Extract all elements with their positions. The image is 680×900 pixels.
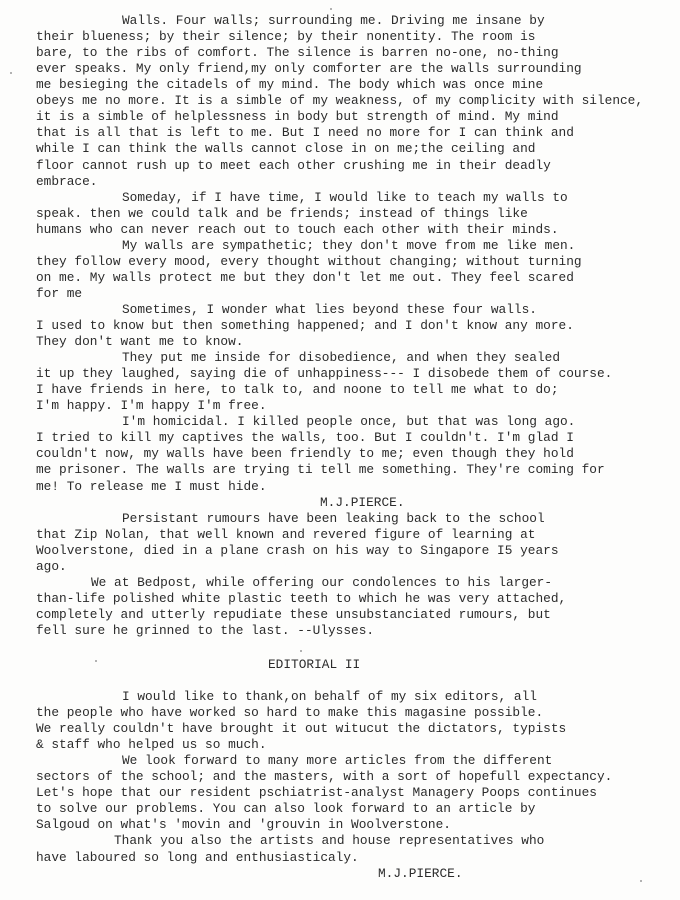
text-line: it up they laughed, saying die of unhapp… bbox=[36, 366, 612, 382]
text-line: embrace. bbox=[36, 174, 97, 190]
text-line: They put me inside for disobedience, and… bbox=[122, 350, 560, 366]
paper-speck bbox=[385, 468, 387, 470]
text-line: I tried to kill my captives the walls, t… bbox=[36, 430, 574, 446]
text-line: completely and utterly repudiate these u… bbox=[36, 607, 551, 623]
text-line: humans who can never reach out to touch … bbox=[36, 222, 559, 238]
text-line: ago. bbox=[36, 559, 67, 575]
text-line: floor cannot rush up to meet each other … bbox=[36, 158, 551, 174]
text-line: have laboured so long and enthusiastical… bbox=[36, 850, 359, 866]
text-line: I'm happy. I'm happy I'm free. bbox=[36, 398, 267, 414]
text-line: me! To release me I must hide. bbox=[36, 479, 267, 495]
text-line: it is a simble of helplessness in body b… bbox=[36, 109, 559, 125]
text-line: They don't want me to know. bbox=[36, 334, 243, 350]
text-line: bare, to the ribs of comfort. The silenc… bbox=[36, 45, 559, 61]
text-line: the people who have worked so hard to ma… bbox=[36, 705, 543, 721]
text-line: me prisoner. The walls are trying ti tel… bbox=[36, 462, 605, 478]
text-line: Salgoud on what's 'movin and 'grouvin in… bbox=[36, 817, 451, 833]
author-signature: M.J.PIERCE. bbox=[378, 866, 463, 882]
text-line: We at Bedpost, while offering our condol… bbox=[91, 575, 552, 591]
text-line: their blueness; by their silence; by the… bbox=[36, 29, 535, 45]
text-line: I have friends in here, to talk to, and … bbox=[36, 382, 559, 398]
text-line: than-life polished white plastic teeth t… bbox=[36, 591, 566, 607]
text-line: me besieging the citadels of my mind. Th… bbox=[36, 77, 543, 93]
text-line: Someday, if I have time, I would like to… bbox=[122, 190, 568, 206]
text-line: sectors of the school; and the masters, … bbox=[36, 769, 612, 785]
text-line: speak. then we could talk and be friends… bbox=[36, 206, 528, 222]
text-line: that Zip Nolan, that well known and reve… bbox=[36, 527, 535, 543]
paper-speck bbox=[10, 72, 12, 74]
text-line: ever speaks. My only friend,my only comf… bbox=[36, 61, 582, 77]
text-line: fell sure he grinned to the last. --Ulys… bbox=[36, 623, 374, 639]
text-line: for me bbox=[36, 286, 82, 302]
text-line: & staff who helped us so much. bbox=[36, 737, 267, 753]
text-line: on me. My walls protect me but they don'… bbox=[36, 270, 574, 286]
text-line: to solve our problems. You can also look… bbox=[36, 801, 535, 817]
text-line: Walls. Four walls; surrounding me. Drivi… bbox=[122, 13, 545, 29]
paper-speck bbox=[640, 880, 642, 882]
text-line: Thank you also the artists and house rep… bbox=[114, 833, 544, 849]
text-line: while I can think the walls cannot close… bbox=[36, 141, 535, 157]
text-line: Woolverstone, died in a plane crash on h… bbox=[36, 543, 559, 559]
text-line: Persistant rumours have been leaking bac… bbox=[122, 511, 545, 527]
editorial-heading: EDITORIAL II bbox=[268, 657, 360, 673]
typewritten-page: Walls. Four walls; surrounding me. Drivi… bbox=[0, 0, 680, 900]
text-line: Sometimes, I wonder what lies beyond the… bbox=[122, 302, 537, 318]
text-line: Let's hope that our resident pschiatrist… bbox=[36, 785, 597, 801]
text-line: obeys me no more. It is a simble of my w… bbox=[36, 93, 643, 109]
text-line: I used to know but then something happen… bbox=[36, 318, 574, 334]
paper-speck bbox=[330, 8, 332, 10]
text-line: I would like to thank,on behalf of my si… bbox=[122, 689, 537, 705]
paper-speck bbox=[95, 660, 97, 662]
text-line: couldn't now, my walls have been friendl… bbox=[36, 446, 574, 462]
text-line: We look forward to many more articles fr… bbox=[122, 753, 552, 769]
paper-speck bbox=[300, 650, 302, 652]
text-line: they follow every mood, every thought wi… bbox=[36, 254, 582, 270]
paper-speck bbox=[472, 455, 474, 457]
text-line: We really couldn't have brought it out w… bbox=[36, 721, 566, 737]
text-line: I'm homicidal. I killed people once, but… bbox=[122, 414, 575, 430]
text-line: that is all that is left to me. But I ne… bbox=[36, 125, 574, 141]
author-signature: M.J.PIERCE. bbox=[320, 495, 405, 511]
text-line: My walls are sympathetic; they don't mov… bbox=[122, 238, 575, 254]
